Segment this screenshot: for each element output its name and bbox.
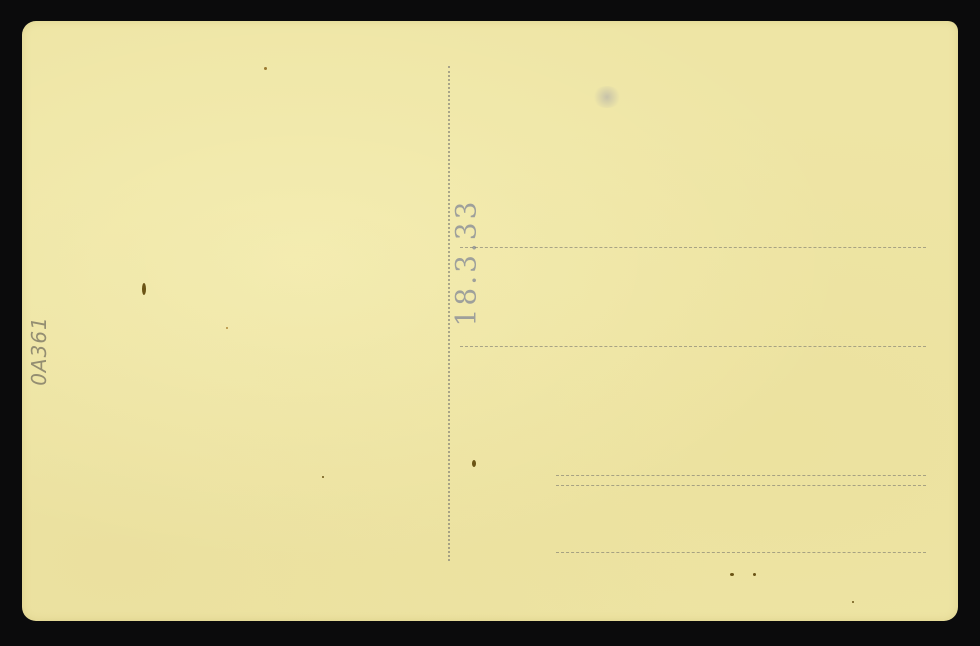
- foxing-spot: [226, 327, 228, 329]
- address-line-3a: [556, 475, 926, 476]
- address-line-3b: [556, 485, 926, 486]
- date-stamp: 18.3.33: [449, 199, 482, 327]
- foxing-spot: [753, 573, 756, 576]
- ink-smudge: [592, 86, 622, 108]
- postcard-back: 18.3.33 0A361: [22, 21, 958, 621]
- foxing-spot: [852, 601, 854, 603]
- address-line-4: [556, 552, 926, 553]
- address-line-2: [460, 346, 926, 347]
- foxing-spot: [322, 476, 324, 478]
- foxing-spot: [472, 460, 476, 467]
- foxing-spot: [264, 67, 267, 70]
- foxing-spot: [142, 283, 146, 295]
- pencil-inventory-note: 0A361: [27, 316, 51, 386]
- address-line-1: [460, 247, 926, 248]
- foxing-spot: [730, 573, 734, 576]
